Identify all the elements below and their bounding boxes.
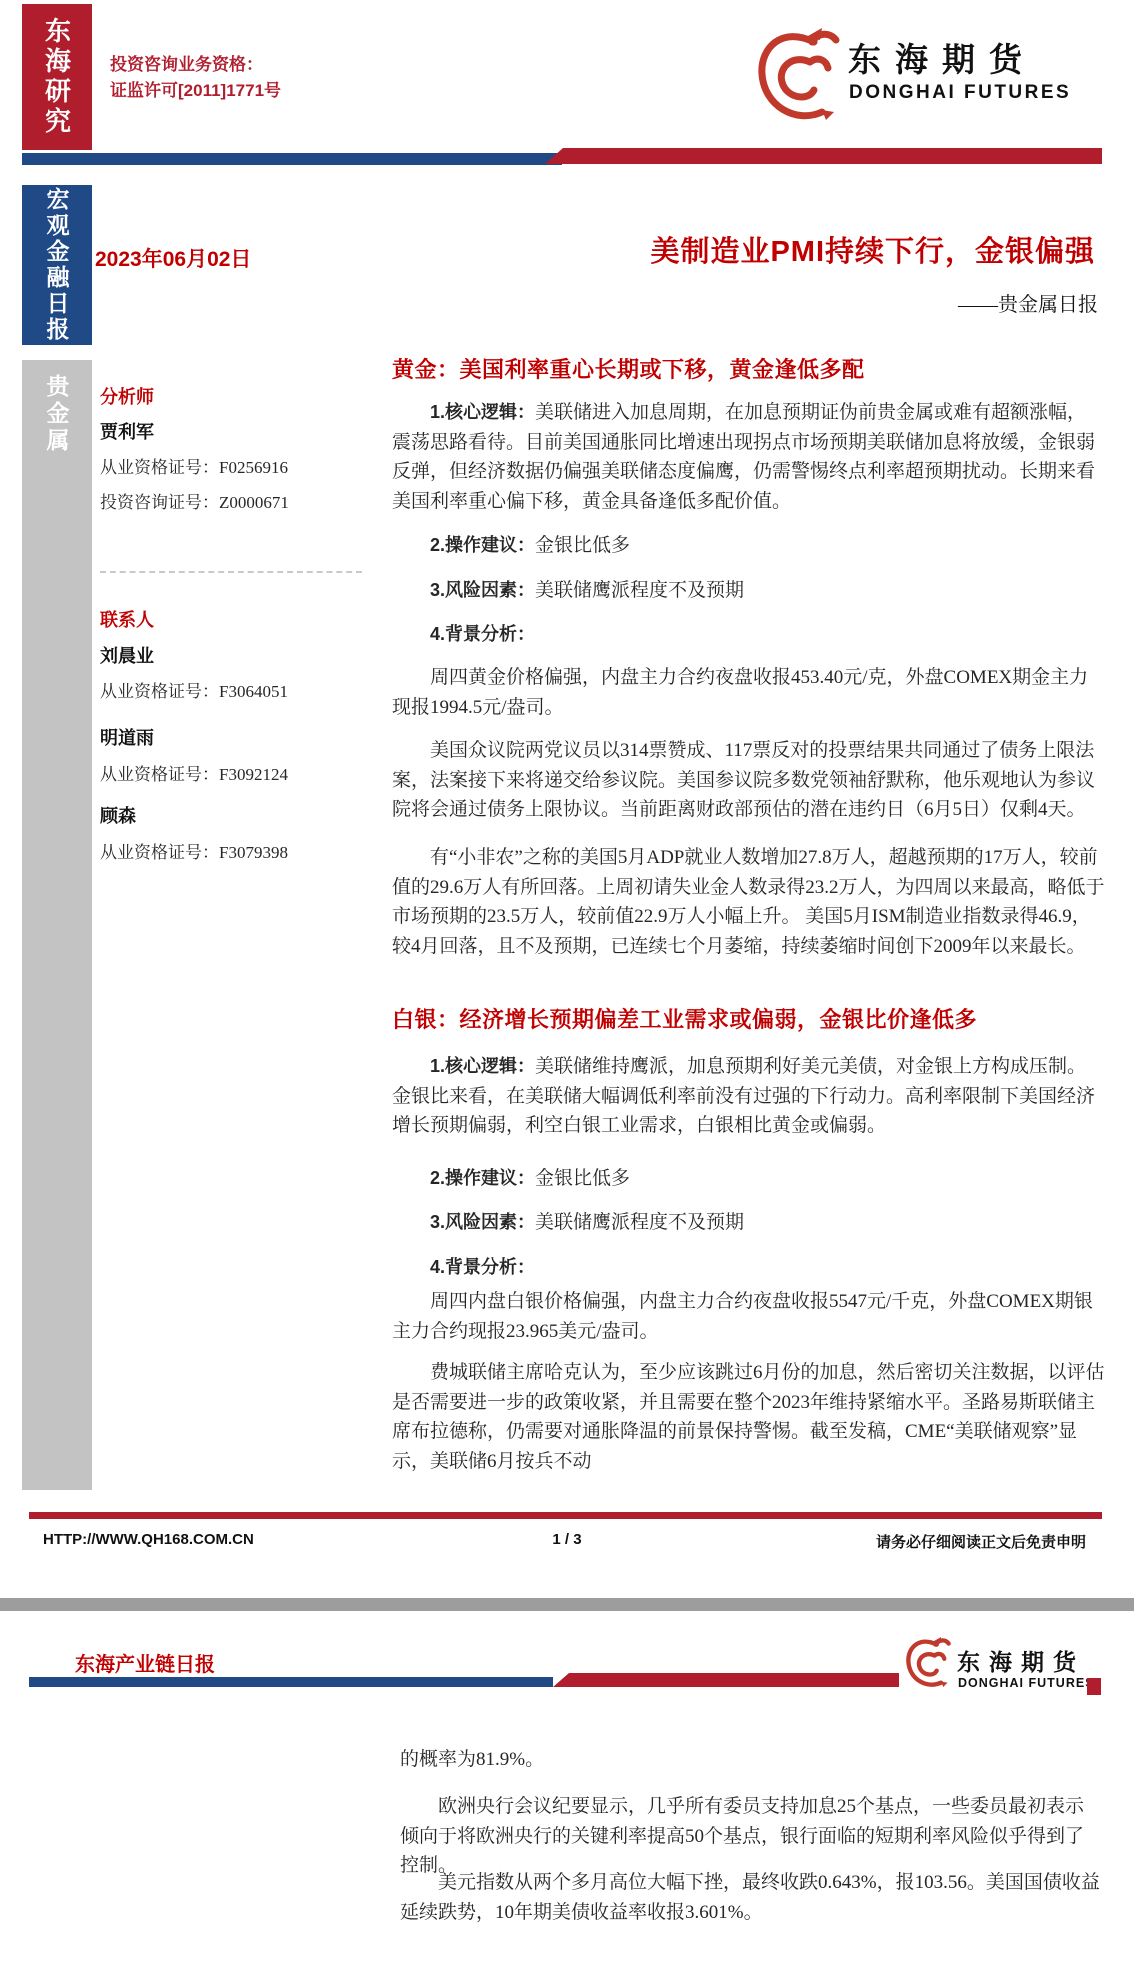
silver-risk: 3.风险因素：美联储鹰派程度不及预期 xyxy=(392,1208,1105,1238)
report-title: 美制造业PMI持续下行，金银偏强 xyxy=(400,229,1095,270)
research-brand-label: 东海研究 xyxy=(39,17,76,137)
gold-background-label: 4.背景分析： xyxy=(392,620,1105,650)
gold-background-para-3: 有“小非农”之称的美国5月ADP就业人数增加27.8万人，超越预期的17万人，较… xyxy=(392,843,1105,961)
page2-rule-blue xyxy=(29,1677,553,1687)
logo-english-name: DONGHAI FUTURES xyxy=(849,82,1071,104)
page2-rule-red xyxy=(553,1673,899,1687)
silver-background-label: 4.背景分析： xyxy=(392,1253,1105,1283)
gold-risk: 3.风险因素：美联储鹰派程度不及预期 xyxy=(392,576,1105,606)
page2-para-3: 美元指数从两个多月高位大幅下挫，最终收跌0.643%，报103.56。美国国债收… xyxy=(400,1868,1100,1927)
logo-red-square xyxy=(1087,1678,1101,1695)
contact-cert: 从业资格证号：F3092124 xyxy=(100,760,288,785)
gold-background-para-1: 周四黄金价格偏强，内盘主力合约夜盘收报453.40元/克，外盘COMEX期金主力… xyxy=(392,663,1105,722)
gold-core-logic: 1.核心逻辑：美联储进入加息周期，在加息预期证伪前贵金属或难有超额涨幅，震荡思路… xyxy=(392,398,1105,516)
footer-disclaimer: 请务必仔细阅读正文后免责申明 xyxy=(876,1531,1086,1552)
report-date: 2023年06月02日 xyxy=(95,243,251,273)
gold-core-logic-label: 1.核心逻辑： xyxy=(430,402,535,422)
silver-core-logic: 1.核心逻辑：美联储维持鹰派，加息预期利好美元美债，对金银上方构成压制。金银比来… xyxy=(392,1052,1105,1141)
analyst-panel-divider xyxy=(100,571,362,573)
contact-name: 明道雨 xyxy=(100,724,154,750)
report-subtitle: ——贵金属日报 xyxy=(400,288,1098,317)
gold-section-heading: 黄金：美国利率重心长期或下移，黄金逢低多配 xyxy=(392,353,865,384)
page2-para-1: 的概率为81.9%。 xyxy=(400,1745,1100,1775)
company-logo-small: 东海期货 DONGHAI FUTURES xyxy=(903,1630,1113,1696)
page2-header-title: 东海产业链日报 xyxy=(75,1648,215,1677)
sidebar-category-macro-finance-daily: 宏观金融日报 xyxy=(22,185,92,345)
qualification-text: 投资咨询业务资格： 证监许可[2011]1771号 xyxy=(110,52,281,104)
silver-background-para-1: 周四内盘白银价格偏强，内盘主力合约夜盘收报5547元/千克，外盘COMEX期银主… xyxy=(392,1287,1105,1346)
page-separator xyxy=(0,1598,1134,1611)
logo-chinese-name: 东海期货 xyxy=(848,34,1036,81)
silver-background-para-2: 费城联储主席哈克认为，至少应该跳过6月份的加息，然后密切关注数据，以评估是否需要… xyxy=(392,1358,1105,1476)
sidebar-category-precious-metals: 贵金属 xyxy=(22,360,92,1490)
contact-name: 顾森 xyxy=(100,802,136,828)
analyst-cert-2: 投资咨询证号：Z0000671 xyxy=(100,488,289,513)
contact-name: 刘晨业 xyxy=(100,642,154,668)
contact-cert: 从业资格证号：F3079398 xyxy=(100,838,288,863)
logo-english-name: DONGHAI FUTURES xyxy=(958,1676,1095,1690)
analyst-label: 分析师 xyxy=(100,383,154,409)
contact-cert: 从业资格证号：F3064051 xyxy=(100,677,288,702)
header-rule-red xyxy=(545,148,1102,164)
logo-chinese-name: 东海期货 xyxy=(957,1644,1085,1677)
analyst-name: 贾利军 xyxy=(100,418,154,444)
contact-label: 联系人 xyxy=(100,606,154,632)
silver-section-heading: 白银：经济增长预期偏差工业需求或偏弱，金银比价逢低多 xyxy=(392,1003,977,1034)
gold-background-para-2: 美国众议院两党议员以314票赞成、117票反对的投票结果共同通过了债务上限法案，… xyxy=(392,736,1105,825)
silver-advice: 2.操作建议：金银比低多 xyxy=(392,1164,1105,1194)
gold-advice: 2.操作建议：金银比低多 xyxy=(392,531,1105,561)
report-page: 东海研究 投资咨询业务资格： 证监许可[2011]1771号 东海期货 DONG… xyxy=(0,0,1134,1978)
header-rule-blue xyxy=(22,153,562,165)
company-logo: 东海期货 DONGHAI FUTURES xyxy=(752,20,1112,130)
research-brand-box: 东海研究 xyxy=(22,4,92,150)
footer-rule xyxy=(29,1512,1102,1519)
analyst-cert-1: 从业资格证号：F0256916 xyxy=(100,453,288,478)
